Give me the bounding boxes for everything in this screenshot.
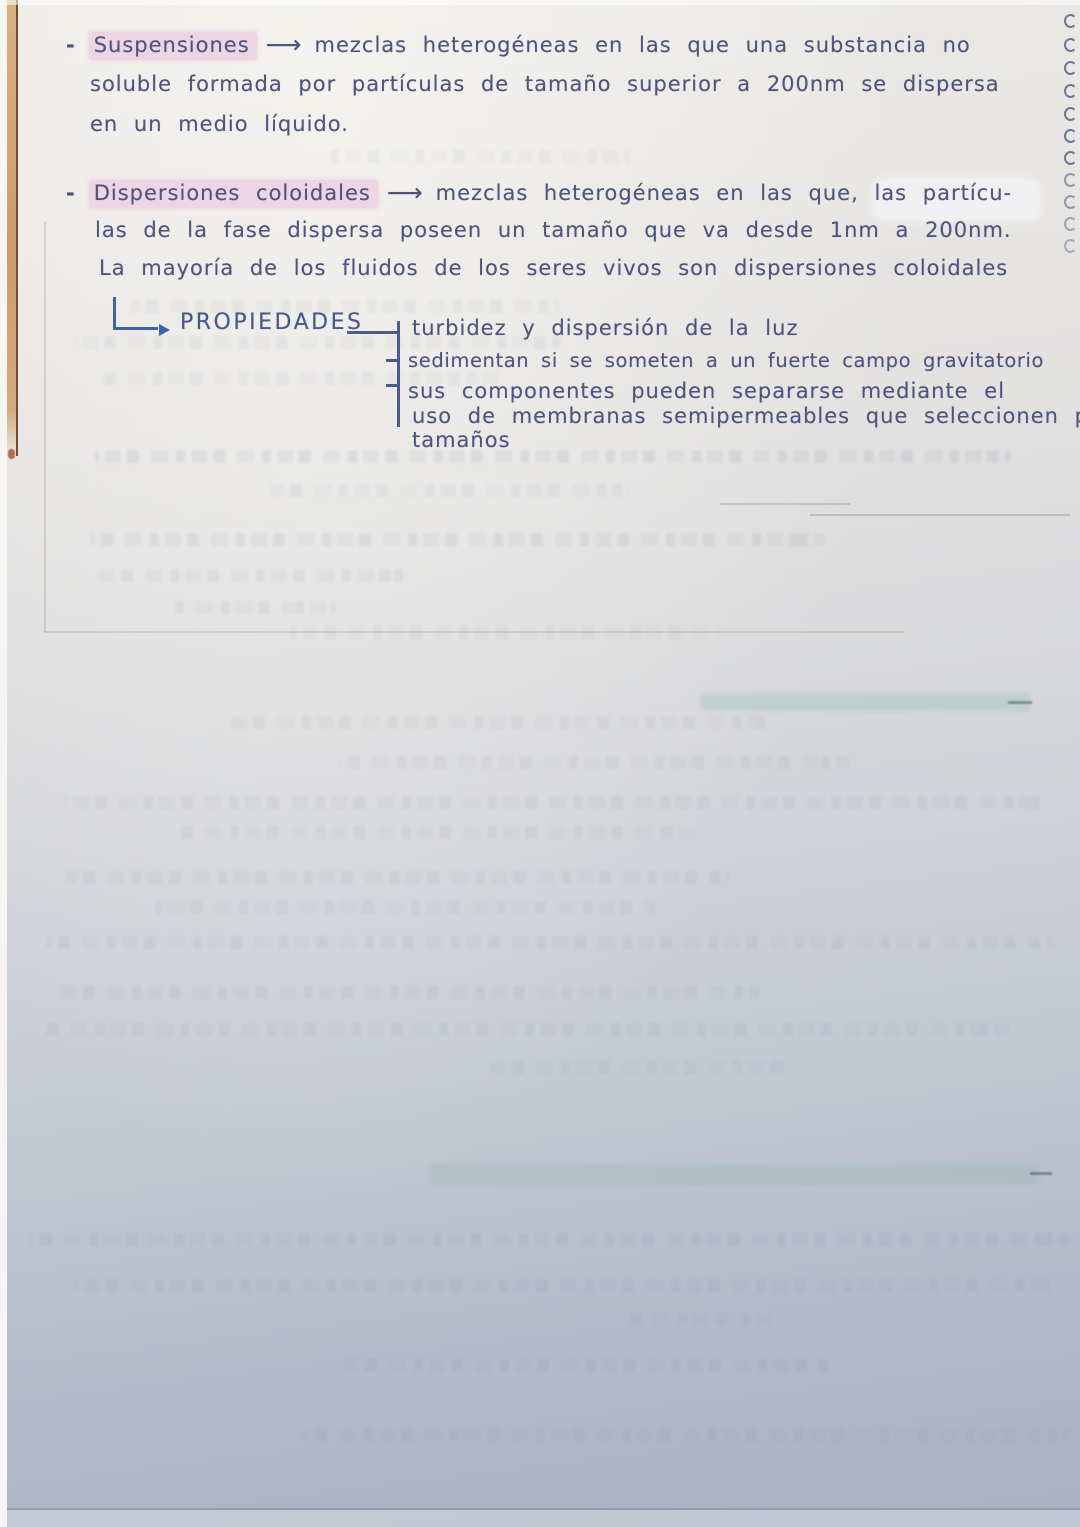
suspensiones-heading-line: -Suspensiones⟶mezclas heterogéneas en la… xyxy=(66,30,971,59)
tree-tick xyxy=(386,384,400,387)
bleedthrough-box-edge xyxy=(44,631,904,633)
dash-bullet: - xyxy=(66,33,76,57)
adjacent-page-writing-mark xyxy=(1064,14,1077,28)
bleedthrough-line xyxy=(75,1279,1050,1292)
adjacent-page-writing-mark xyxy=(1064,84,1077,98)
term-suspensiones: Suspensiones xyxy=(89,32,257,60)
bleedthrough-line xyxy=(340,1359,830,1372)
adjacent-page-writing-mark xyxy=(1064,151,1077,165)
dispersiones-note: La mayoría de los fluidos de los seres v… xyxy=(99,256,1008,280)
desk-edge-strip xyxy=(7,0,18,456)
tree-connector-horizontal xyxy=(347,331,399,334)
adjacent-page-writing-mark xyxy=(1064,173,1077,187)
propiedades-item3-line1: sus componentes pueden separarse mediant… xyxy=(408,379,1005,403)
adjacent-page-writing-mark xyxy=(1064,239,1077,253)
bleedthrough-rule xyxy=(720,503,850,505)
adjacent-page-writing-mark xyxy=(1064,195,1077,209)
propiedades-item2: sedimentan si se someten a un fuerte cam… xyxy=(408,349,1044,372)
suspensiones-def-line3: en un medio líquido. xyxy=(90,112,349,136)
bleedthrough-line xyxy=(300,1429,1070,1442)
scan-top-edge xyxy=(0,0,1080,5)
bleedthrough-line xyxy=(490,1061,790,1074)
bleedthrough-line xyxy=(630,1313,780,1326)
right-arrow-icon: ⟶ xyxy=(387,178,424,207)
bleedthrough-mark xyxy=(1008,701,1032,704)
adjacent-page-writing-mark xyxy=(1064,107,1077,121)
term-dispersiones-coloidales: Dispersiones coloidales xyxy=(89,180,378,208)
bleedthrough-line xyxy=(95,569,405,582)
bleedthrough-line xyxy=(45,936,1055,949)
bleedthrough-line xyxy=(340,756,850,769)
bleedthrough-green-highlight xyxy=(430,1163,1040,1185)
propiedades-item3-line3: tamaños xyxy=(412,428,511,452)
bent-arrow-icon xyxy=(113,297,158,330)
red-smudge xyxy=(8,449,15,459)
dispersiones-def-line1: mezclas heterogéneas en las que, las par… xyxy=(436,181,1012,205)
bleedthrough-line xyxy=(175,601,335,614)
bleedthrough-line xyxy=(40,1023,1010,1036)
notebook-page-scan: -Suspensiones⟶mezclas heterogéneas en la… xyxy=(0,0,1080,1527)
adjacent-page-writing-mark xyxy=(1064,38,1077,52)
dispersiones-heading-line: -Dispersiones coloidales⟶mezclas heterog… xyxy=(66,178,1012,207)
adjacent-page-writing-mark xyxy=(1064,217,1077,231)
bleedthrough-line xyxy=(55,986,760,999)
adjacent-page-writing-mark xyxy=(1064,129,1077,143)
adjacent-page-writing-mark xyxy=(1064,61,1077,75)
bleedthrough-rule xyxy=(810,514,1070,516)
propiedades-label: PROPIEDADES xyxy=(180,310,363,335)
bleedthrough-line xyxy=(90,533,825,546)
dash-bullet: - xyxy=(66,181,76,205)
bleedthrough-mark xyxy=(1030,1172,1052,1175)
bleedthrough-line xyxy=(180,826,700,839)
bleedthrough-line xyxy=(95,450,1010,463)
bleedthrough-box-edge xyxy=(44,222,46,632)
bleedthrough-line xyxy=(65,871,730,884)
bleedthrough-line xyxy=(270,484,630,497)
suspensiones-def-line2: soluble formada por partículas de tamaño… xyxy=(90,72,1000,96)
bleedthrough-line xyxy=(330,150,630,163)
scan-left-edge xyxy=(0,0,7,1527)
page-bottom-edge-band xyxy=(7,1510,1080,1527)
bleedthrough-line xyxy=(65,796,1040,809)
bleedthrough-line xyxy=(155,901,655,914)
bleedthrough-line xyxy=(290,626,720,639)
dispersiones-def-line2: las de la fase dispersa poseen un tamaño… xyxy=(95,218,1012,242)
right-arrow-icon: ⟶ xyxy=(266,30,303,59)
bleedthrough-green-highlight xyxy=(700,693,1030,711)
propiedades-item3-line2: uso de membranas semipermeables que sele… xyxy=(412,404,1080,428)
suspensiones-def-line1: mezclas heterogéneas en las que una subs… xyxy=(315,33,971,57)
bleedthrough-line xyxy=(230,716,770,729)
tree-tick xyxy=(386,359,400,362)
propiedades-item1: turbidez y dispersión de la luz xyxy=(412,316,798,340)
tree-connector-vertical xyxy=(397,321,400,427)
bleedthrough-line xyxy=(30,1233,1070,1246)
